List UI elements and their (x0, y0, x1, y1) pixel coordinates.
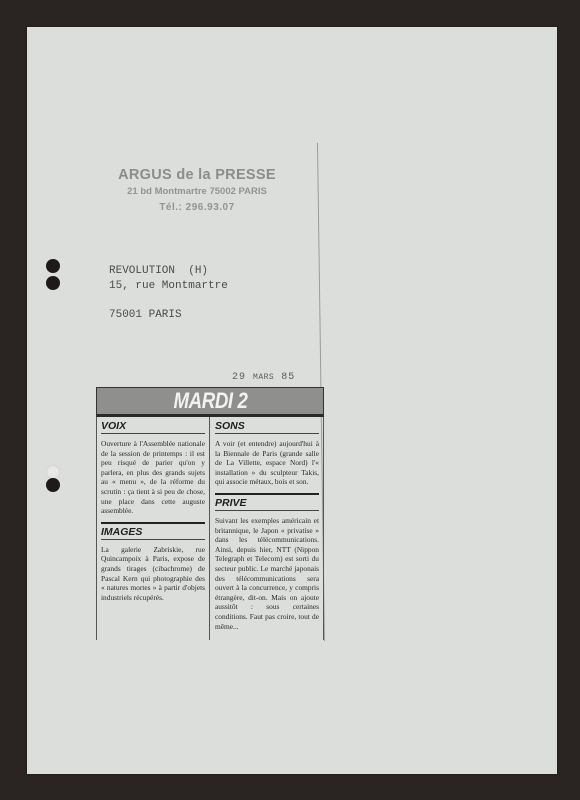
punch-hole-ghost (46, 465, 60, 479)
clipping-right-column: SONS A voir (et entendre) aujourd'hui à … (209, 417, 324, 640)
date-day: 29 (232, 372, 246, 383)
clipping-left-column: VOIX Ouverture à l'Assemblée nationale d… (96, 417, 209, 640)
agency-stamp: ARGUS de la PRESSE 21 bd Montmartre 7500… (107, 167, 287, 213)
punch-hole-bottom (46, 478, 60, 492)
section-text-sons: A voir (et entendre) aujourd'hui à la Bi… (215, 439, 319, 487)
clipping-banner: MARDI 2 (96, 387, 324, 417)
agency-name: ARGUS de la PRESSE (107, 167, 287, 183)
punch-hole-top (46, 259, 60, 273)
section-text-voix: Ouverture à l'Assemblée nationale de la … (101, 439, 205, 516)
agency-address: 21 bd Montmartre 75002 PARIS (107, 186, 287, 197)
recipient-line2: 15, rue Montmartre (109, 279, 228, 294)
scanned-page: ARGUS de la PRESSE 21 bd Montmartre 7500… (27, 27, 557, 774)
date-month: MARS (253, 373, 274, 382)
banner-title: MARDI 2 (173, 388, 247, 414)
section-text-prive: Suivant les exemples américain et britan… (215, 516, 319, 631)
newspaper-clipping: MARDI 2 VOIX Ouverture à l'Assemblée nat… (96, 387, 324, 640)
section-heading-prive: PRIVE (215, 497, 319, 511)
recipient-address: REVOLUTION (H) 15, rue Montmartre 75001 … (109, 264, 228, 323)
recipient-line1: REVOLUTION (H) (109, 264, 228, 279)
punch-hole-second (46, 276, 60, 290)
section-heading-images: IMAGES (101, 526, 205, 540)
date-year: 85 (281, 372, 295, 383)
section-heading-sons: SONS (215, 420, 319, 434)
section-text-images: La galerie Zabriskie, rue Quincampoix à … (101, 545, 205, 603)
recipient-city: 75001 PARIS (109, 308, 228, 323)
agency-phone: Tél.: 296.93.07 (107, 202, 287, 213)
section-heading-voix: VOIX (101, 420, 205, 434)
date-stamp: 29 MARS 85 (232, 372, 295, 383)
